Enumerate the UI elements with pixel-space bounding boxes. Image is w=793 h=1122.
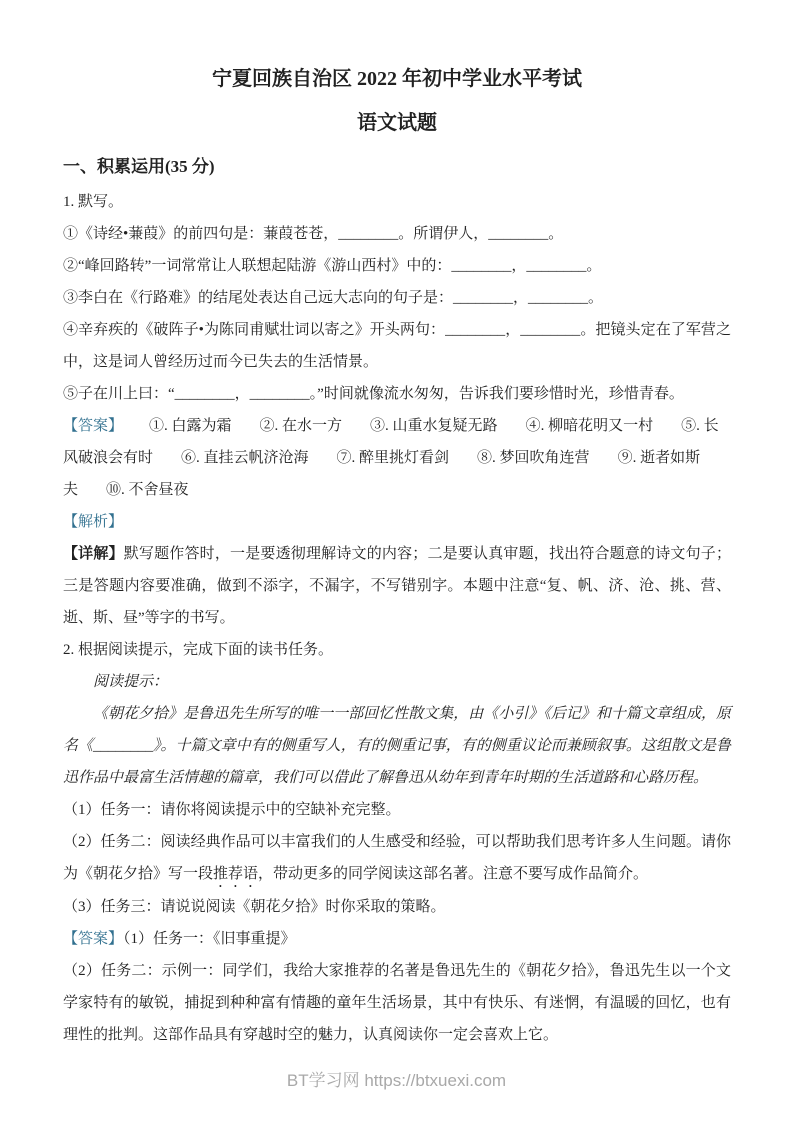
q1-item-4: ④辛弃疾的《破阵子•为陈同甫赋壮词以寄之》开头两句：________，_____… — [63, 314, 731, 378]
q1-item-3: ③李白在《行路难》的结尾处表达自己远大志向的句子是：________，_____… — [63, 282, 731, 314]
q1-item-1: ①《诗经•蒹葭》的前四句是：蒹葭苍苍，________。所谓伊人，_______… — [63, 218, 731, 250]
detail-label: 【详解】 — [63, 546, 124, 562]
task2-text-post: ，带动更多的同学阅读这部名著。注意不要写成作品简介。 — [258, 866, 648, 882]
q2-hint-body: 《朝花夕拾》是鲁迅先生所写的唯一一部回忆性散文集，由《小引》《后记》和十篇文章组… — [63, 698, 731, 794]
task2-emphasized-term: 推荐语 — [213, 866, 258, 882]
answer-item: ④. 柳暗花明又一村 — [526, 418, 654, 434]
q2-answer-line-1: 【答案】（1）任务一：《旧事重提》 — [63, 923, 731, 955]
detail-text: 默写题作答时，一是要透彻理解诗文的内容；二是要认真审题，找出符合题意的诗文句子；… — [63, 546, 731, 626]
answer-item: ⑩. 不舍昼夜 — [106, 482, 189, 498]
section-heading: 一、积累运用(35 分) — [63, 152, 731, 182]
q2-task-1: （1）任务一：请你将阅读提示中的空缺补充完整。 — [63, 794, 731, 826]
q1-detail-line: 【详解】默写题作答时，一是要透彻理解诗文的内容；二是要认真审题，找出符合题意的诗… — [63, 538, 731, 634]
answer-label: 【答案】 — [63, 418, 123, 434]
footer-watermark: BT学习网 https://btxuexi.com — [0, 1066, 793, 1091]
answer-item: ①. 白露为霜 — [149, 418, 232, 434]
analysis-label: 【解析】 — [63, 514, 123, 530]
document-subtitle: 语文试题 — [63, 108, 731, 138]
answer-item: ②. 在水一方 — [260, 418, 343, 434]
q2-answer-1-text: （1）任务一：《旧事重提》 — [123, 931, 296, 947]
q1-item-5: ⑤子在川上曰：“________，________。”时间就像流水匆匆，告诉我们… — [63, 378, 731, 410]
q1-answer-line: 【答案】①. 白露为霜②. 在水一方③. 山重水复疑无路④. 柳暗花明又一村⑤.… — [63, 410, 731, 506]
q1-stem: 1. 默写。 — [63, 186, 731, 218]
answer-item: ⑧. 梦回吹角连营 — [477, 450, 590, 466]
exam-document: 宁夏回族自治区 2022 年初中学业水平考试 语文试题 一、积累运用(35 分)… — [0, 0, 793, 1051]
q2-task-3: （3）任务三：请说说阅读《朝花夕拾》时你采取的策略。 — [63, 891, 731, 923]
q1-item-2: ②“峰回路转”一词常常让人联想起陆游《游山西村》中的：________，____… — [63, 250, 731, 282]
q1-analysis-line: 【解析】 — [63, 506, 731, 538]
answer-item: ⑦. 醉里挑灯看剑 — [337, 450, 450, 466]
q2-task-2: （2）任务二：阅读经典作品可以丰富我们的人生感受和经验，可以帮助我们思考许多人生… — [63, 826, 731, 891]
q2-hint-label: 阅读提示： — [63, 666, 731, 698]
answer-item: ⑥. 直挂云帆济沧海 — [181, 450, 309, 466]
answer-item: ③. 山重水复疑无路 — [370, 418, 498, 434]
document-title: 宁夏回族自治区 2022 年初中学业水平考试 — [63, 64, 731, 94]
answer-label: 【答案】 — [63, 931, 123, 947]
q2-answer-line-2: （2）任务二：示例一：同学们，我给大家推荐的名著是鲁迅先生的《朝花夕拾》，鲁迅先… — [63, 955, 731, 1051]
q2-stem: 2. 根据阅读提示，完成下面的读书任务。 — [63, 634, 731, 666]
